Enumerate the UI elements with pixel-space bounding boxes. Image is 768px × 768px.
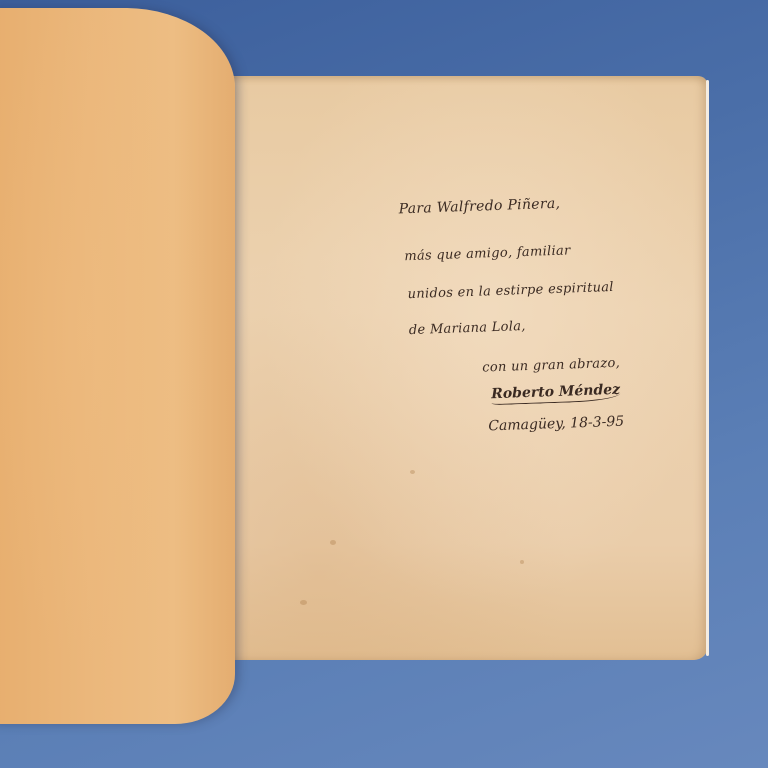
foxing-spot [410, 470, 415, 474]
photo-scene: Para Walfredo Piñera, más que amigo, fam… [0, 0, 768, 768]
foxing-spot [300, 600, 307, 605]
page-edge [706, 80, 709, 656]
foxing-spot [520, 560, 524, 564]
foxing-spot [330, 540, 336, 545]
right-page [222, 76, 708, 660]
left-page [0, 8, 235, 724]
